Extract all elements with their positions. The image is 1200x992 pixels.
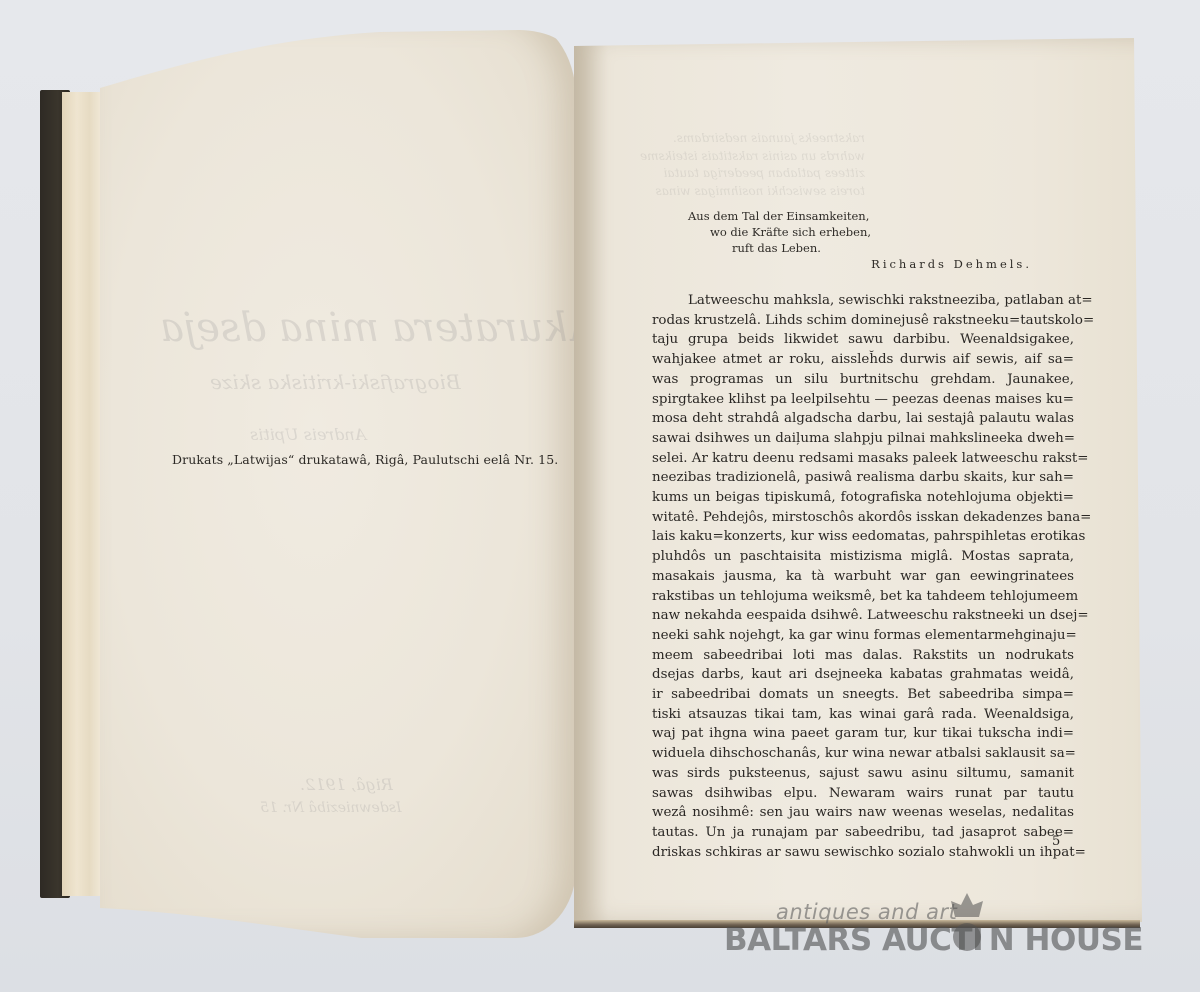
body-line: masakais jausma, ka tà warbuht war gan e… <box>652 567 1074 587</box>
body-line: waj pat ihgna wina paeet garam tur, kur … <box>652 724 1074 744</box>
body-line: driskas schkiras ar sawu sewischko sozia… <box>652 843 1074 863</box>
body-line: sawai dsihwes un daiļuma slahpju pilnai … <box>652 429 1074 449</box>
epigraph-line: Aus dem Tal der Einsamkeiten, <box>688 208 1048 224</box>
watermark-brand: BALTARS AUCTI N HOUSE <box>724 922 1143 958</box>
show-through-place-year: Rigâ, 1912. <box>300 775 393 794</box>
body-line: kums un beigas tipiskumâ, fotografiska n… <box>652 488 1074 508</box>
open-book: J. Akuratera mina dsejа Biografiski-krit… <box>0 0 1200 992</box>
body-line: witatê. Pehdejôs, mirstoschôs akordôs is… <box>652 508 1074 528</box>
body-line: lais kaku=konzerts, kur wiss eedomatas, … <box>652 527 1074 547</box>
body-line: wahjakee atmet ar roku, aissleh̆ds durwi… <box>652 350 1074 370</box>
body-line: pluhdôs un paschtaisita mistizisma miglâ… <box>652 547 1074 567</box>
body-line: rakstibas un tehlojuma weiksmê, bet ka t… <box>652 587 1074 607</box>
show-through-author: Andreis Upitis <box>250 425 366 444</box>
body-line: tautas. Un ja runajam par sabeedribu, ta… <box>652 823 1074 843</box>
page-number: 5 <box>1052 834 1060 849</box>
epigraph: Aus dem Tal der Einsamkeiten, wo die Krä… <box>688 208 1048 272</box>
crown-logo-icon <box>949 893 985 953</box>
body-line: wezâ nosihmê: sen jau wairs naw weenas w… <box>652 803 1074 823</box>
show-through-right-top: rakstneeks jaunais nedsirdams. wahrds un… <box>640 130 865 200</box>
body-line: was sirds puksteenus, sajust sawu asinu … <box>652 764 1074 784</box>
body-line: taju grupa beids likwidet sawu darbibu. … <box>652 330 1074 350</box>
body-line: meem sabeedribai loti mas dalas. Rakstit… <box>652 646 1074 666</box>
show-through-title: J. Akuratera mina dsejа <box>160 305 635 351</box>
body-line: was programas un silu burtnitschu grehda… <box>652 370 1074 390</box>
body-line: naw nekahda eespaida dsihwê. Latweeschu … <box>652 606 1074 626</box>
body-line: rodas krustzelâ. Lihds schim dominejusê … <box>652 311 1074 331</box>
body-line: spirgtakee klihst pa leelpilsehtu — peez… <box>652 390 1074 410</box>
body-line: neeki sahk nojehgt, ka gar winu formas e… <box>652 626 1074 646</box>
printer-imprint: Drukats „Latwijas“ drukatawâ, Rigâ, Paul… <box>172 452 532 467</box>
body-line: dsejas darbs, kaut ari dsejneeka kabatas… <box>652 665 1074 685</box>
show-through-publisher: Isdewniezibâ Nr. 15 <box>260 800 401 816</box>
watermark-tagline: antiques and art <box>776 900 957 924</box>
epigraph-line: wo die Kräfte sich erheben, <box>688 224 1048 240</box>
body-line: tiski atsauzas tikai tam, kas winai garâ… <box>652 705 1074 725</box>
show-through-subtitle: Biografiski-kritiska skize <box>210 370 461 394</box>
body-line: widuela dihschoschanâs, kur wina newar a… <box>652 744 1074 764</box>
body-text: Latweeschu mahksla, sewischki rakstneezi… <box>652 291 1074 862</box>
body-line: ir sabeedribai domats un sneegts. Bet sa… <box>652 685 1074 705</box>
body-line: sawas dsihwibas elpu. Newaram wairs runa… <box>652 784 1074 804</box>
epigraph-author: Richards Dehmels. <box>688 256 1048 272</box>
body-line: Latweeschu mahksla, sewischki rakstneezi… <box>652 291 1074 311</box>
body-line: neezibas tradizionelâ, pasiwâ realisma d… <box>652 468 1074 488</box>
body-line: mosa deht strahdâ algadscha darbu, lai s… <box>652 409 1074 429</box>
body-line: selei. Ar katru deenu redsami masaks pal… <box>652 449 1074 469</box>
epigraph-line: ruft das Leben. <box>688 240 1048 256</box>
